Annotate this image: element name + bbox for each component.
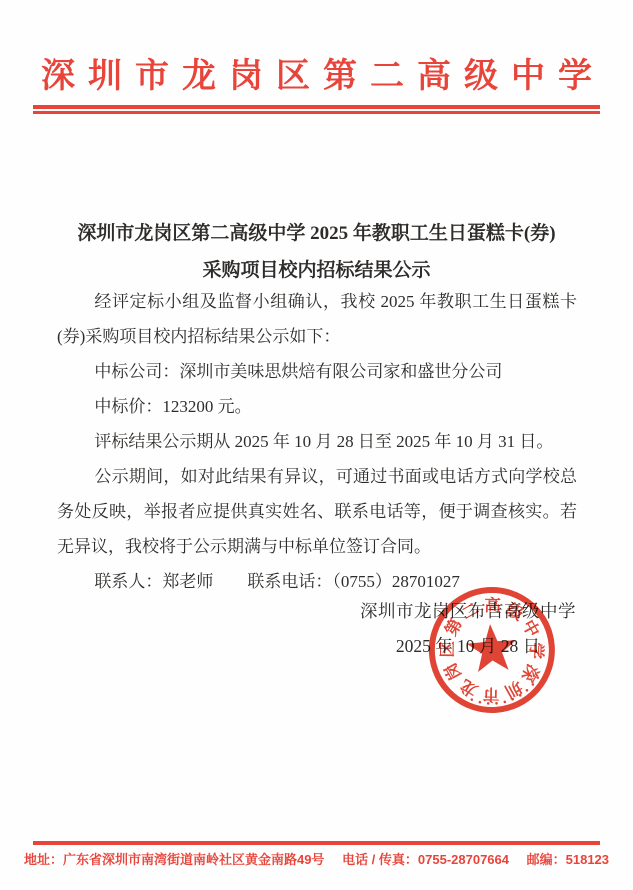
body-line: 公示期间，如对此结果有异议，可通过书面或电话方式向学校总 — [57, 459, 577, 494]
body-line: 经评定标小组及监督小组确认，我校 2025 年教职工生日蛋糕卡 — [57, 284, 577, 319]
letterhead: 深圳市龙岗区第二高级中学 — [0, 48, 633, 97]
svg-text:二: 二 — [458, 599, 482, 624]
official-seal: 深圳市龙岗区第二高级中学 — [411, 571, 573, 733]
svg-text:圳: 圳 — [502, 677, 526, 702]
body-line: 务处反映，举报者应提供真实姓名、联系电话等，便于调查核实。若 — [57, 494, 577, 529]
letterhead-school-name: 深圳市龙岗区第二高级中学 — [28, 48, 605, 97]
scanned-notice-page: 深圳市龙岗区第二高级中学 深圳市龙岗区第二高级中学 2025 年教职工生日蛋糕卡… — [0, 0, 633, 890]
body-line-winning-price: 中标价：123200 元。 — [57, 389, 577, 424]
body-line-publicity-period: 评标结果公示期从 2025 年 10 月 28 日至 2025 年 10 月 3… — [57, 424, 577, 459]
document-title-line1: 深圳市龙岗区第二高级中学 2025 年教职工生日蛋糕卡(券) — [40, 215, 593, 252]
svg-text:中: 中 — [518, 616, 543, 640]
body-line-winning-company: 中标公司：深圳市美味思烘焙有限公司家和盛世分公司 — [57, 354, 577, 389]
letterhead-double-rule — [33, 105, 600, 114]
footer: 地址：广东省深圳市南湾街道南岭社区黄金南路49号 电话 / 传真：0755-28… — [0, 849, 633, 868]
seal-star-icon — [465, 622, 518, 672]
footer-phone-fax: 电话 / 传真：0755-28707664 — [342, 852, 509, 867]
svg-text:深: 深 — [517, 661, 542, 685]
svg-text:岗: 岗 — [441, 660, 466, 684]
notice-body: 经评定标小组及监督小组确认，我校 2025 年教职工生日蛋糕卡 (券)采购项目校… — [57, 284, 577, 599]
document-title: 深圳市龙岗区第二高级中学 2025 年教职工生日蛋糕卡(券) 采购项目校内招标结… — [40, 215, 593, 289]
footer-rule — [33, 841, 600, 845]
body-line: 无异议，我校将于公示期满与中标单位签订合同。 — [57, 529, 577, 564]
svg-text:高: 高 — [484, 595, 501, 615]
svg-text:区: 区 — [438, 640, 457, 657]
body-line: (券)采购项目校内招标结果公示如下： — [57, 319, 577, 354]
svg-text:学: 学 — [527, 642, 547, 659]
footer-address: 地址：广东省深圳市南湾街道南岭社区黄金南路49号 — [24, 852, 324, 867]
footer-postcode: 邮编：518123 — [527, 852, 609, 867]
